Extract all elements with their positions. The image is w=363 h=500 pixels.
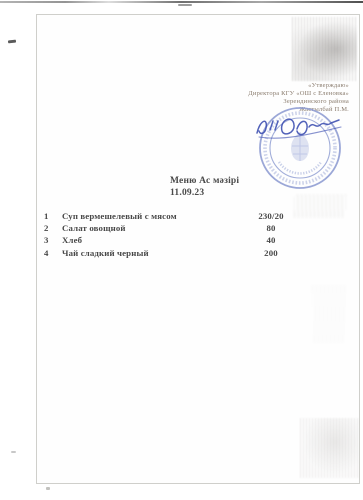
stamp-graphic bbox=[253, 102, 347, 196]
menu-date: 11.09.23 bbox=[170, 188, 239, 200]
scanned-menu-document: «Утверждаю» Директора КГУ «ОШ с Еленовка… bbox=[0, 0, 363, 500]
item-number: 4 bbox=[44, 248, 62, 258]
menu-title: Меню Ас мәзірі bbox=[170, 176, 239, 188]
menu-row: 4 Чай сладкий черный 200 bbox=[44, 248, 302, 260]
scanner-edge-line bbox=[0, 1, 363, 3]
item-portion: 80 bbox=[240, 223, 302, 233]
item-portion: 200 bbox=[240, 248, 302, 258]
menu-row: 1 Суп вермешелевый с мясом 230/20 bbox=[44, 211, 302, 223]
item-number: 1 bbox=[44, 211, 62, 221]
stamp-inner-text bbox=[279, 162, 321, 173]
menu-list: 1 Суп вермешелевый с мясом 230/20 2 Сала… bbox=[44, 211, 302, 260]
scan-artifact-left-mark-2 bbox=[11, 451, 16, 453]
scan-artifact-bottom-mark bbox=[46, 487, 50, 490]
item-portion: 230/20 bbox=[240, 211, 302, 221]
item-name: Хлеб bbox=[62, 235, 240, 245]
scan-artifact-left-mark bbox=[8, 40, 16, 44]
item-number: 3 bbox=[44, 235, 62, 245]
menu-title-block: Меню Ас мәзірі 11.09.23 bbox=[170, 176, 239, 199]
round-stamp bbox=[253, 102, 347, 196]
item-name: Салат овощной bbox=[62, 223, 240, 233]
approval-line-director: Директора КГУ «ОШ с Еленовка» bbox=[150, 90, 349, 98]
approval-line-utverzhdayu: «Утверждаю» bbox=[150, 82, 349, 90]
item-portion: 40 bbox=[240, 235, 302, 245]
item-name: Суп вермешелевый с мясом bbox=[62, 211, 240, 221]
scan-artifact-tick bbox=[178, 4, 192, 6]
item-number: 2 bbox=[44, 223, 62, 233]
menu-row: 3 Хлеб 40 bbox=[44, 235, 302, 247]
menu-row: 2 Салат овощной 80 bbox=[44, 223, 302, 235]
item-name: Чай сладкий черный bbox=[62, 248, 240, 258]
